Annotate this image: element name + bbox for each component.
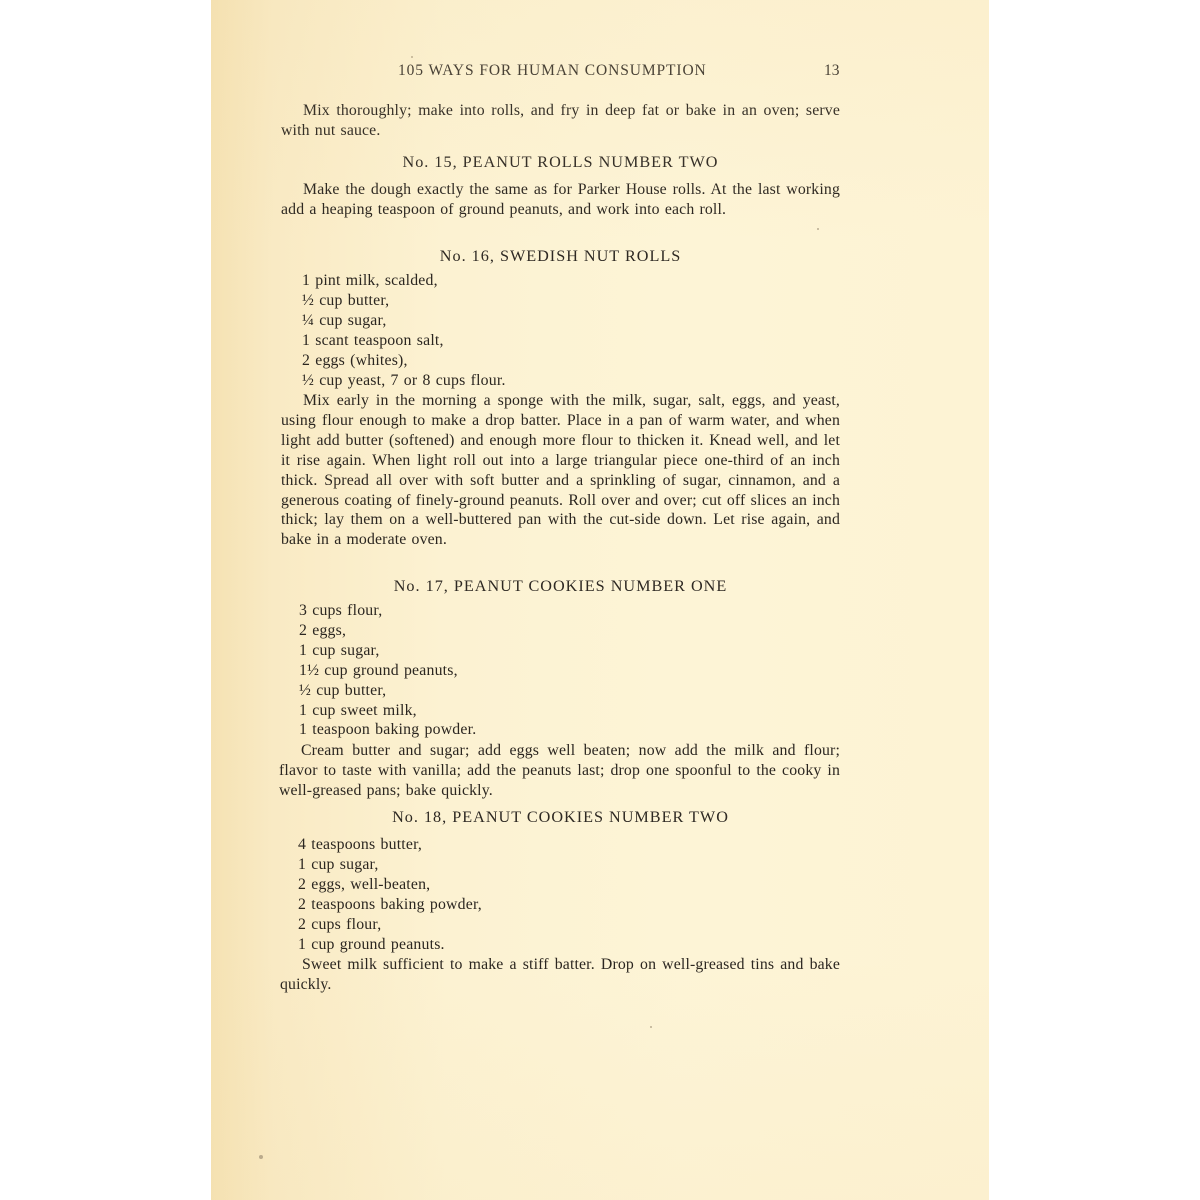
recipe-15-directions: Make the dough exactly the same as for P… [281, 180, 840, 220]
recipe-17-title: No. 17, PEANUT COOKIES NUMBER ONE [281, 577, 840, 596]
ingredient: 3 cups flour, [299, 601, 476, 621]
paper-speck [650, 1026, 652, 1028]
recipe-18-directions: Sweet milk sufficient to make a stiff ba… [280, 955, 840, 995]
ingredient: 1 cup sugar, [299, 641, 476, 661]
ingredient: 1 teaspoon baking powder. [299, 720, 476, 740]
ingredient: 4 teaspoons butter, [298, 835, 482, 855]
ingredient: 1 cup sweet milk, [299, 701, 476, 721]
ingredient: 2 eggs, [299, 621, 476, 641]
intro-text: Mix thoroughly; make into rolls, and fry… [281, 101, 840, 141]
paper-speck [817, 228, 819, 230]
recipe-17-directions: Cream butter and sugar; add eggs well be… [279, 741, 840, 801]
paper-speck [411, 56, 413, 58]
ingredient: ½ cup butter, [302, 291, 506, 311]
paper-speck [259, 1155, 263, 1159]
recipe-18-directions-text: Sweet milk sufficient to make a stiff ba… [280, 955, 840, 995]
ingredient: 2 teaspoons baking powder, [298, 895, 482, 915]
ingredient: 1½ cup ground peanuts, [299, 661, 476, 681]
recipe-16-ingredients: 1 pint milk, scalded, ½ cup butter, ¼ cu… [302, 271, 506, 390]
ingredient: 2 eggs, well-beaten, [298, 875, 482, 895]
recipe-17-directions-text: Cream butter and sugar; add eggs well be… [279, 741, 840, 801]
ingredient: ¼ cup sugar, [302, 311, 506, 331]
ingredient: 1 pint milk, scalded, [302, 271, 506, 291]
ingredient: ½ cup butter, [299, 681, 476, 701]
recipe-18-ingredients: 4 teaspoons butter, 1 cup sugar, 2 eggs,… [298, 835, 482, 954]
running-head-title: 105 WAYS FOR HUMAN CONSUMPTION [398, 62, 707, 80]
recipe-15-title: No. 15, PEANUT ROLLS NUMBER TWO [281, 153, 840, 172]
ingredient: 2 cups flour, [298, 915, 482, 935]
recipe-16-directions-text: Mix early in the morning a sponge with t… [281, 391, 840, 550]
ingredient: ½ cup yeast, 7 or 8 cups flour. [302, 371, 506, 391]
recipe-16-directions: Mix early in the morning a sponge with t… [281, 391, 840, 550]
recipe-18-title: No. 18, PEANUT COOKIES NUMBER TWO [281, 808, 840, 827]
ingredient: 1 scant teaspoon salt, [302, 331, 506, 351]
ingredient: 2 eggs (whites), [302, 351, 506, 371]
recipe-17-ingredients: 3 cups flour, 2 eggs, 1 cup sugar, 1½ cu… [299, 601, 476, 740]
book-page: 105 WAYS FOR HUMAN CONSUMPTION 13 Mix th… [211, 0, 989, 1200]
page-number: 13 [824, 62, 840, 80]
recipe-16-title: No. 16, SWEDISH NUT ROLLS [281, 247, 840, 266]
ingredient: 1 cup ground peanuts. [298, 935, 482, 955]
intro-paragraph: Mix thoroughly; make into rolls, and fry… [281, 101, 840, 141]
recipe-15-directions-text: Make the dough exactly the same as for P… [281, 180, 840, 220]
ingredient: 1 cup sugar, [298, 855, 482, 875]
